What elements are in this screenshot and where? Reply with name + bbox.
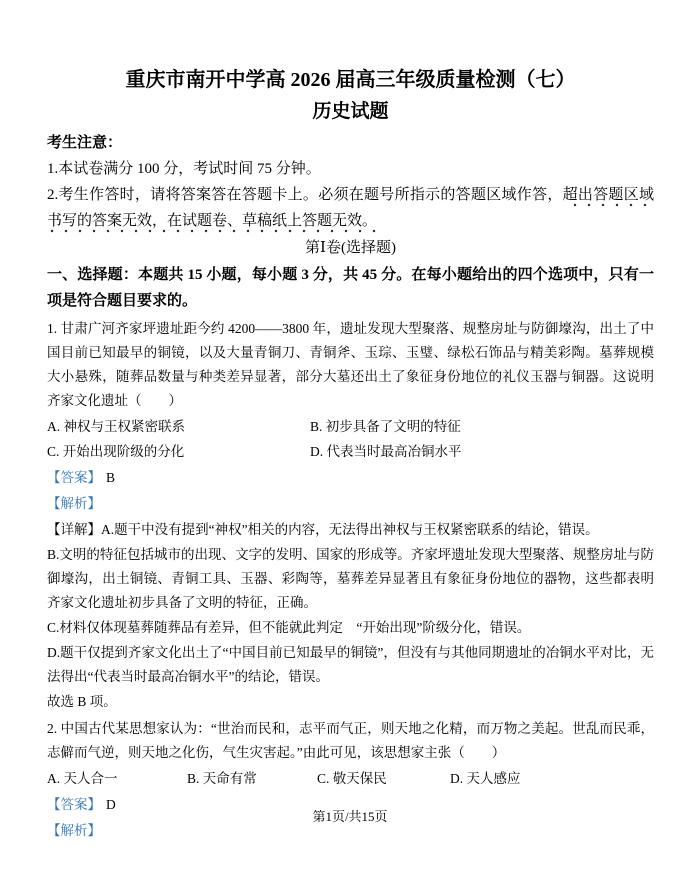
question-1: 1. 甘肃广河齐家坪遗址距今约 4200——3800 年，遗址发现大型聚落、规整… [47,317,654,714]
question-1-option-b: B. 初步具备了文明的特征 [310,415,654,438]
page-title: 重庆市南开中学高 2026 届高三年级质量检测（七） [47,68,654,93]
page-subtitle: 历史试题 [47,99,654,124]
question-1-explanation-b: B.文明的特征包括城市的出现、文字的发明、国家的形成等。齐家坪遗址发现大型聚落、… [47,543,654,615]
question-2-options: A. 天人合一 B. 天命有常 C. 敬天保民 D. 天人感应 [47,767,654,790]
notice-heading: 考生注意： [47,130,654,156]
question-1-explanation-a: 【详解】A.题干中没有提到“神权”相关的内容，无法得出神权与王权紧密联系的结论，… [47,518,654,542]
notice-item-2: 2.考生作答时，请将答案答在答题卡上。必须在题号所指示的答题区域作答，超出答题区… [47,182,654,234]
question-2-option-c: C. 敬天保民 [317,767,450,790]
question-2-option-b: B. 天命有常 [187,767,317,790]
question-1-option-a: A. 神权与王权紧密联系 [47,415,310,438]
page-number-footer: 第1页/共15页 [0,808,700,826]
analysis-label: 【解析】 [47,496,101,511]
question-1-option-d: D. 代表当时最高冶铜水平 [310,440,654,463]
exam-document-page: 重庆市南开中学高 2026 届高三年级质量检测（七） 历史试题 考生注意： 1.… [0,0,700,878]
volume-header: 第Ⅰ卷(选择题) [47,235,654,262]
question-1-answer-line: 【答案】B [47,466,654,490]
question-1-explanation-c: C.材料仅体现墓葬随葬品有差异，但不能就此判定 “开始出现”阶级分化，错误。 [47,616,654,640]
question-1-conclusion: 故选 B 项。 [47,690,654,714]
question-2-stem: 2. 中国古代某思想家认为：“世治而民和，志平而气正，则天地之化精，而万物之美起… [47,717,654,765]
question-2-option-d: D. 天人感应 [450,767,654,790]
question-1-explanation-d: D.题干仅提到齐家文化出土了“中国目前已知最早的铜镜”，但没有与其他同期遗址的冶… [47,641,654,689]
question-1-options: A. 神权与王权紧密联系 B. 初步具备了文明的特征 C. 开始出现阶级的分化 … [47,415,654,463]
section-instructions: 一、选择题：本题共 15 小题，每小题 3 分，共 45 分。在每小题给出的四个… [47,262,654,314]
answer-label: 【答案】 [47,470,101,485]
notice-item-2-normal: 2.考生作答时，请将答案答在答题卡上。必须在题号所指示的答题区域作答， [47,187,563,203]
question-1-option-c: C. 开始出现阶级的分化 [47,440,310,463]
notice-item-1: 1.本试卷满分 100 分，考试时间 75 分钟。 [47,156,654,182]
question-1-analysis-line: 【解析】 [47,492,654,516]
question-2-option-a: A. 天人合一 [47,767,187,790]
question-1-answer: B [106,470,115,485]
question-1-stem: 1. 甘肃广河齐家坪遗址距今约 4200——3800 年，遗址发现大型聚落、规整… [47,317,654,413]
